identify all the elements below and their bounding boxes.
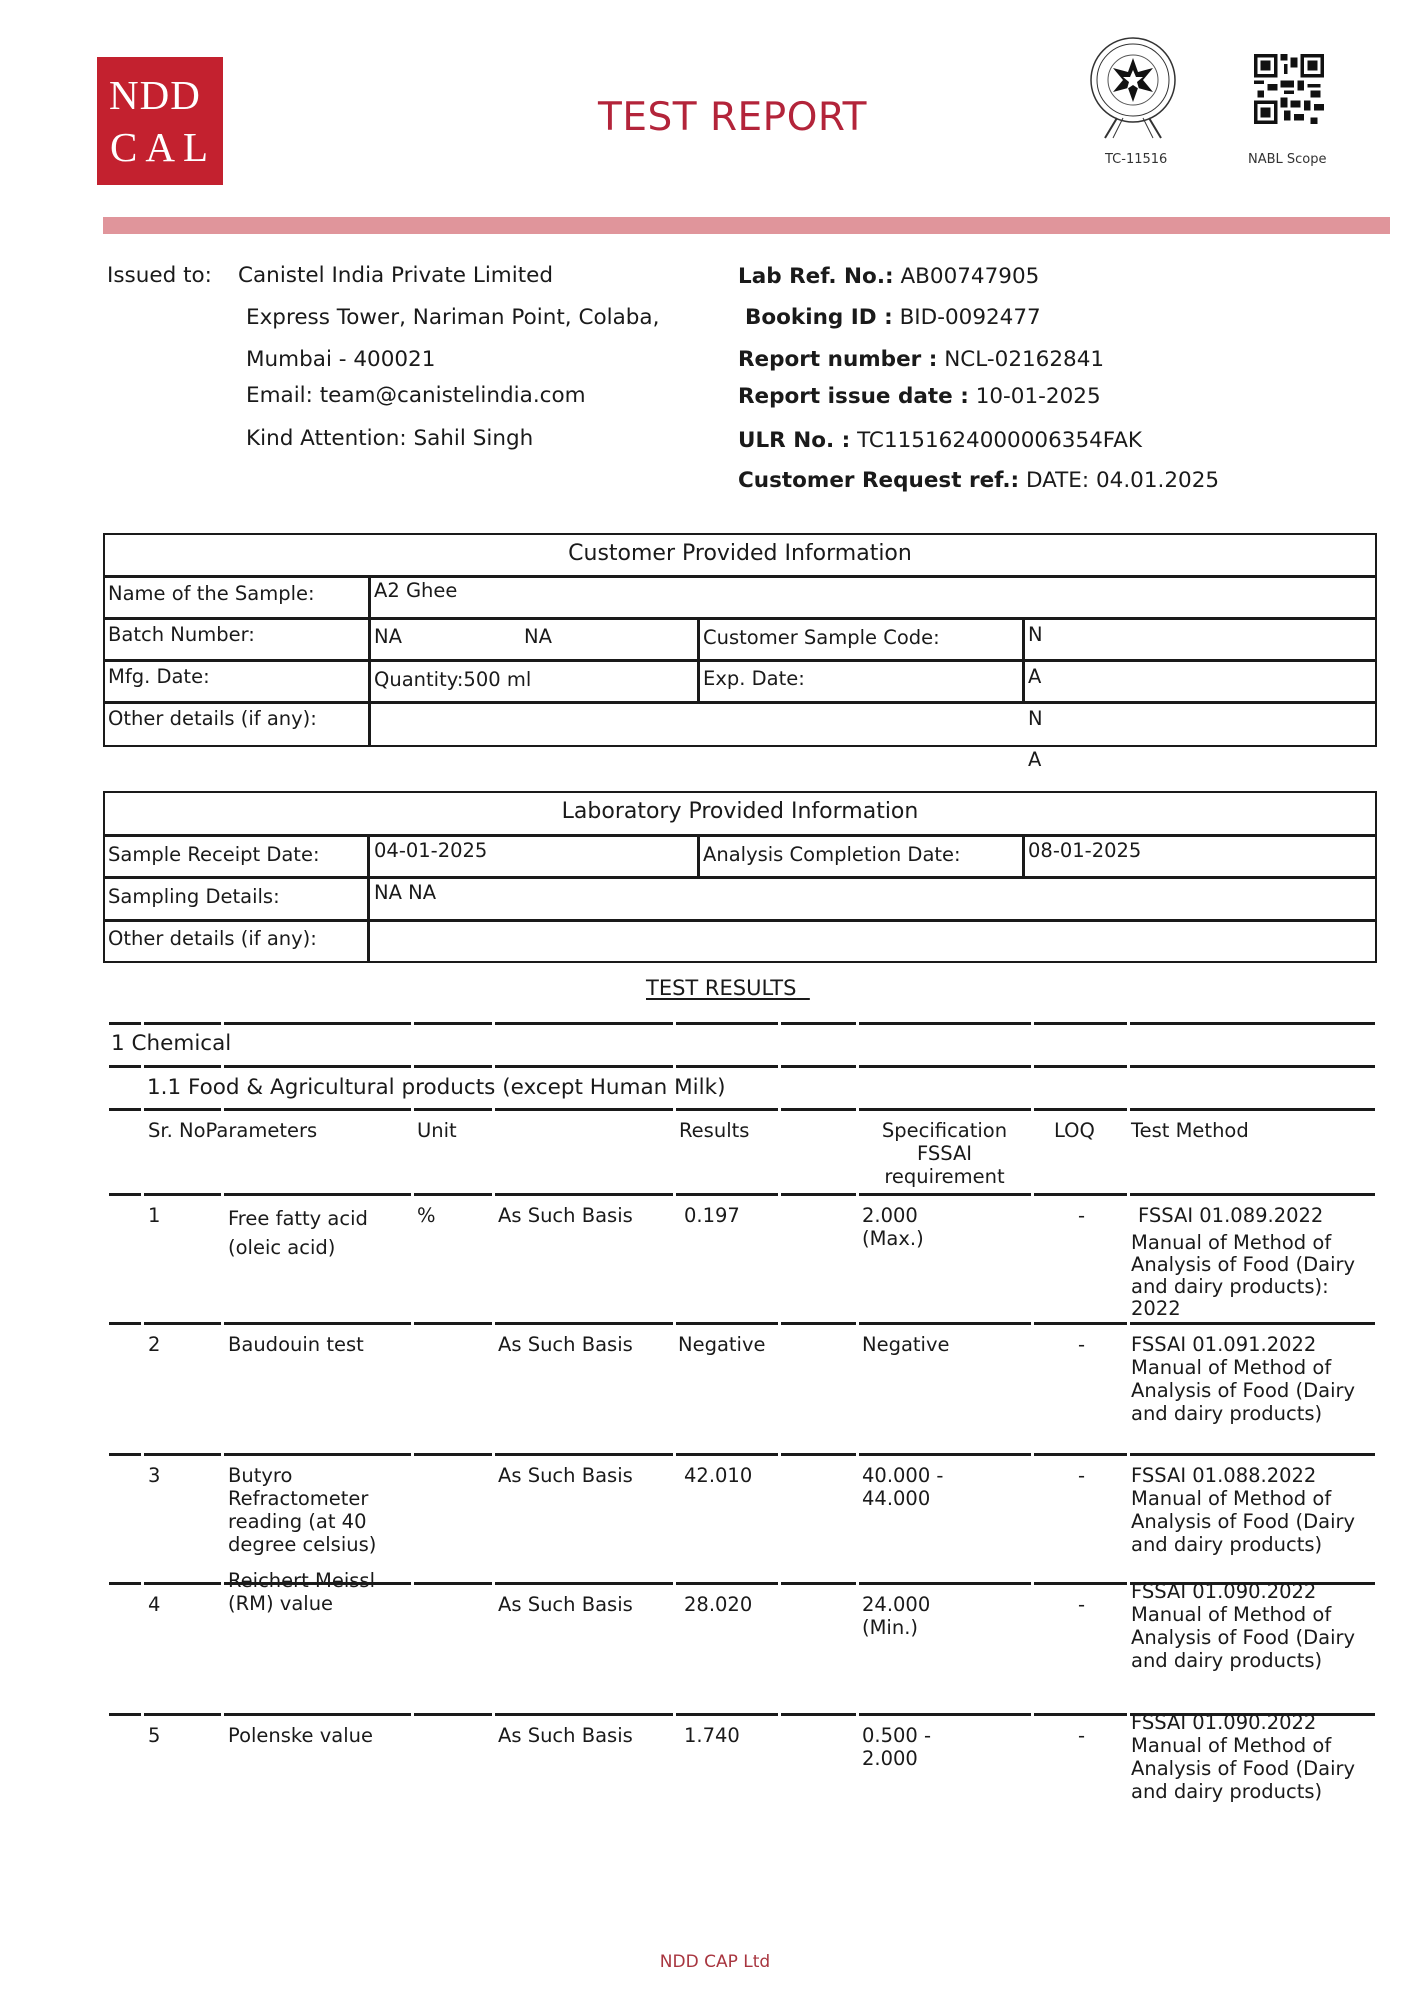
method-code-cell: FSSAI 01.090.2022 [1131,1580,1316,1603]
divider-joint [778,1064,781,1069]
divider-joint [1031,1064,1034,1069]
sr-no-cell: 5 [148,1724,160,1747]
divider-joint [411,1107,414,1112]
batch-number-value-1: NA [374,627,402,647]
qr-code-icon[interactable] [1254,54,1324,124]
divider-joint [492,1107,495,1112]
divider-joint [778,1581,781,1586]
method-code-cell: FSSAI 01.089.2022 [1138,1204,1323,1227]
divider-joint [1031,1452,1034,1457]
divider [103,575,1377,578]
divider-joint [141,1064,144,1069]
exp-date-label: Exp. Date: [703,669,805,689]
logo-line-2: CAL [110,127,216,168]
other-details-value-2: A [1028,750,1041,770]
lab-info-caption: Laboratory Provided Information [103,801,1377,823]
specification-cell: 0.500 - 2.000 [862,1724,972,1770]
column-header-test-method: Test Method [1131,1119,1249,1142]
booking-id-label: Booking ID : [745,305,893,330]
divider-joint [778,1021,781,1026]
customer-info-caption: Customer Provided Information [103,543,1377,565]
loq-cell: - [1078,1204,1085,1227]
divider-joint [1127,1192,1130,1197]
column-header-unit: Unit [417,1119,457,1142]
divider-joint [673,1107,676,1112]
customer-request-ref-value: DATE: 04.01.2025 [1026,468,1219,493]
divider-joint [221,1321,224,1326]
divider-joint [778,1321,781,1326]
divider-joint [411,1192,414,1197]
loq-cell: - [1078,1464,1085,1487]
ulr-value: TC1151624000006354FAK [857,428,1142,453]
divider-joint [673,1581,676,1586]
booking-id: Booking ID : BID-0092477 [745,307,1041,329]
lab-other-details-label: Other details (if any): [108,929,317,949]
divider-joint [141,1321,144,1326]
specification-cell: 40.000 - 44.000 [862,1464,962,1510]
divider-joint [141,1192,144,1197]
basis-cell: As Such Basis [498,1333,633,1356]
divider-joint [221,1107,224,1112]
divider-joint [856,1712,859,1717]
accreditation-code: TC-11516 [1105,153,1167,166]
specification-cell: 24.000 (Min.) [862,1593,972,1639]
divider-joint [1031,1192,1034,1197]
analysis-completion-date-label: Analysis Completion Date: [703,845,961,865]
row-divider [109,1065,1375,1068]
company-logo: NDD CAL [97,57,223,185]
divider-joint [1031,1321,1034,1326]
sample-receipt-date-value: 04-01-2025 [374,841,487,861]
method-code-cell: FSSAI 01.088.2022 [1131,1464,1316,1487]
column-header-parameters: Parameters [206,1119,318,1142]
issued-to-address-2: Mumbai - 400021 [246,349,435,371]
report-number: Report number : NCL-02162841 [738,349,1104,371]
parameter-cell: Baudouin test [228,1333,408,1356]
loq-cell: - [1078,1724,1085,1747]
divider-joint [141,1021,144,1026]
report-number-label: Report number : [738,347,937,372]
method-description-cell: Manual of Method of Analysis of Food (Da… [1131,1232,1376,1320]
sample-name-label: Name of the Sample: [108,584,315,604]
divider [103,659,1377,662]
divider [1022,617,1025,702]
divider-joint [856,1107,859,1112]
other-details-value-1: N [1028,709,1043,729]
divider-joint [673,1021,676,1026]
method-code-cell: FSSAI 01.091.2022 [1131,1333,1316,1356]
divider-joint [778,1452,781,1457]
unit-cell: % [417,1204,436,1227]
divider [103,617,1377,620]
loq-cell: - [1078,1333,1085,1356]
quantity-value: Quantity:500 ml [374,670,531,690]
customer-request-ref-label: Customer Request ref.: [738,468,1019,493]
divider-joint [492,1192,495,1197]
issued-to-address-1: Express Tower, Nariman Point, Colaba, [246,307,659,329]
parameter-cell: Free fatty acid (oleic acid) [228,1204,408,1262]
parameter-cell: Polenske value [228,1724,408,1747]
method-description-cell: Manual of Method of Analysis of Food (Da… [1131,1487,1376,1556]
divider [367,834,370,963]
divider-joint [778,1712,781,1717]
issued-to-email: Email: team@canistelindia.com [246,385,586,407]
test-results-heading-text: TEST RESULTS [646,976,796,1000]
parameter-cell: Reichert Meissl (RM) value [228,1569,408,1615]
sample-name-value: A2 Ghee [374,581,457,601]
divider-joint [1127,1107,1130,1112]
divider-joint [411,1452,414,1457]
divider-joint [411,1064,414,1069]
divider-joint [673,1712,676,1717]
divider-joint [492,1064,495,1069]
basis-cell: As Such Basis [498,1593,633,1616]
basis-cell: As Such Basis [498,1724,633,1747]
divider-joint [778,1192,781,1197]
mfg-date-label: Mfg. Date: [108,667,210,687]
batch-number-label: Batch Number: [108,625,255,645]
sr-no-cell: 2 [148,1333,160,1356]
divider-joint [856,1321,859,1326]
result-cell: 0.197 [684,1204,740,1227]
issued-to-attention: Kind Attention: Sahil Singh [246,428,533,450]
test-results-heading: TEST RESULTS [646,978,810,999]
ulr-label: ULR No. : [738,428,850,453]
report-title: TEST REPORT [560,98,905,137]
report-issue-date-label: Report issue date : [738,384,969,409]
divider-joint [221,1192,224,1197]
divider-joint [1031,1581,1034,1586]
divider-joint [856,1064,859,1069]
divider-joint [1031,1712,1034,1717]
section-title: 1 Chemical [111,1032,231,1055]
other-details-label: Other details (if any): [108,709,317,729]
nabl-seal-icon [1087,34,1179,142]
result-cell: 42.010 [684,1464,752,1487]
divider-joint [221,1581,224,1586]
exp-date-value: A [1028,667,1041,687]
booking-id-value: BID-0092477 [900,305,1041,330]
report-number-value: NCL-02162841 [944,347,1104,372]
divider [103,834,1377,837]
method-code-cell: FSSAI 01.090.2022 [1131,1711,1316,1734]
divider-joint [1127,1064,1130,1069]
divider-joint [856,1581,859,1586]
divider [103,701,1377,704]
divider-joint [856,1192,859,1197]
row-divider [109,1022,1375,1025]
divider [103,919,1377,922]
divider-joint [1127,1581,1130,1586]
header-band [103,217,1390,234]
method-description-cell: Manual of Method of Analysis of Food (Da… [1131,1356,1376,1425]
divider-joint [1127,1321,1130,1326]
divider-joint [141,1452,144,1457]
divider-joint [1031,1021,1034,1026]
divider [697,834,700,877]
ulr-number: ULR No. : TC1151624000006354FAK [738,430,1142,452]
specification-cell: Negative [862,1333,972,1356]
divider [697,617,700,702]
report-issue-date-value: 10-01-2025 [976,384,1101,409]
subsection-title: 1.1 Food & Agricultural products (except… [147,1076,725,1099]
specification-cell: 2.000 (Max.) [862,1204,972,1250]
loq-cell: - [1078,1593,1085,1616]
result-cell: 28.020 [684,1593,752,1616]
divider-joint [492,1321,495,1326]
column-header-row: Sr. NoParameters [148,1119,317,1142]
row-divider [109,1322,1375,1325]
divider-joint [221,1452,224,1457]
method-description-cell: Manual of Method of Analysis of Food (Da… [1131,1603,1376,1672]
sampling-details-value: NA NA [374,883,436,903]
nabl-scope-label[interactable]: NABL Scope [1248,153,1327,166]
divider-joint [411,1581,414,1586]
batch-number-value-2: NA [524,627,552,647]
column-header-specification: Specification FSSAI requirement [862,1119,1027,1188]
method-description-cell: Manual of Method of Analysis of Food (Da… [1131,1734,1376,1803]
sample-receipt-date-label: Sample Receipt Date: [108,845,320,865]
row-divider [109,1193,1375,1196]
divider [368,575,371,747]
divider-joint [411,1021,414,1026]
divider-joint [1127,1021,1130,1026]
issued-to-label: Issued to: [107,265,212,287]
divider-joint [778,1107,781,1112]
report-issue-date: Report issue date : 10-01-2025 [738,386,1101,408]
divider-joint [492,1581,495,1586]
basis-cell: As Such Basis [498,1204,633,1227]
column-header-sr-no: Sr. No [148,1119,206,1142]
issued-to-company: Canistel India Private Limited [238,265,553,287]
divider-joint [221,1064,224,1069]
divider-joint [411,1712,414,1717]
result-cell: Negative [678,1333,766,1356]
divider [1022,834,1025,877]
footer-company: NDD CAP Ltd [565,1952,865,1972]
column-header-results: Results [679,1119,749,1142]
divider-joint [1127,1712,1130,1717]
divider-joint [141,1712,144,1717]
customer-request-ref: Customer Request ref.: DATE: 04.01.2025 [738,470,1219,492]
lab-ref-label: Lab Ref. No.: [738,264,894,289]
divider-joint [492,1021,495,1026]
logo-line-1: NDD [109,75,201,116]
divider-joint [221,1021,224,1026]
divider-joint [673,1192,676,1197]
result-cell: 1.740 [684,1724,740,1747]
sr-no-cell: 4 [148,1593,160,1616]
row-divider [109,1453,1375,1456]
divider-joint [492,1452,495,1457]
sampling-details-label: Sampling Details: [108,887,280,907]
customer-sample-code-value: N [1028,625,1043,645]
column-header-loq: LOQ [1054,1119,1095,1142]
row-divider [109,1108,1375,1111]
analysis-completion-date-value: 08-01-2025 [1028,841,1141,861]
parameter-cell: Butyro Refractometer reading (at 40 degr… [228,1464,408,1556]
divider-joint [221,1712,224,1717]
divider-joint [141,1107,144,1112]
divider-joint [1031,1107,1034,1112]
divider-joint [856,1452,859,1457]
customer-sample-code-label: Customer Sample Code: [703,628,940,648]
divider-joint [1127,1452,1130,1457]
divider-joint [856,1021,859,1026]
divider-joint [411,1321,414,1326]
divider-joint [673,1064,676,1069]
lab-ref: Lab Ref. No.: AB00747905 [738,266,1039,288]
divider-joint [492,1712,495,1717]
basis-cell: As Such Basis [498,1464,633,1487]
sr-no-cell: 3 [148,1464,160,1487]
divider-joint [673,1452,676,1457]
lab-ref-value: AB00747905 [900,264,1039,289]
sr-no-cell: 1 [148,1204,160,1227]
divider-joint [673,1321,676,1326]
divider-joint [141,1581,144,1586]
divider [103,876,1377,879]
